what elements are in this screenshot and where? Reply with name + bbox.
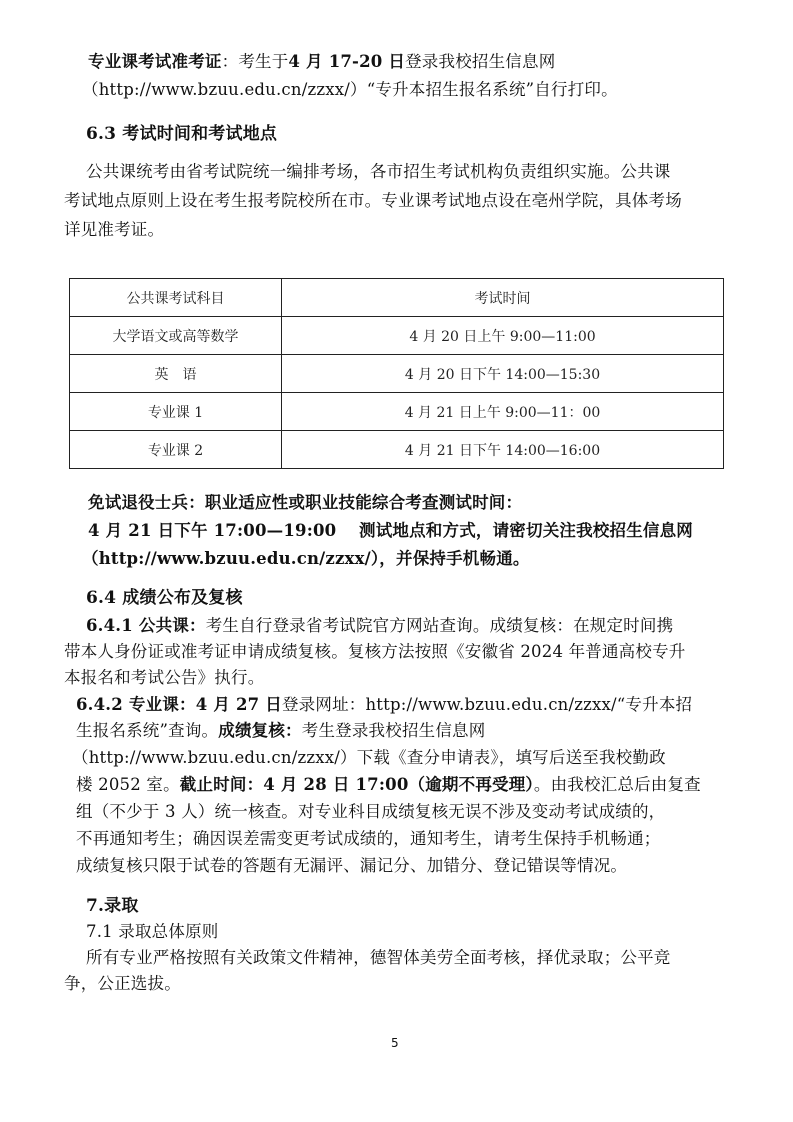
date-range: 4 月 17-20 日 bbox=[288, 52, 405, 71]
table-cell: 4 月 21 日下午 14:00—16:00 bbox=[282, 431, 724, 469]
veterans-line-2: 4 月 21 日下午 17:00—19:00 测试地点和方式，请密切关注我校招生… bbox=[88, 519, 693, 543]
table-row: 英 语 4 月 20 日下午 14:00—15:30 bbox=[70, 355, 724, 393]
section-7-heading: 7.录取 bbox=[86, 894, 139, 918]
table-cell: 专业课 2 bbox=[70, 431, 282, 469]
paragraph-line: 详见准考证。 bbox=[64, 218, 164, 242]
paragraph-line: 带本人身份证或准考证申请成绩复核。复核方法按照《安徽省 2024 年普通高校专升 bbox=[64, 640, 685, 664]
admission-ticket-label: 专业课考试准考证 bbox=[88, 52, 222, 71]
colon: ： bbox=[222, 52, 239, 71]
table-cell: 4 月 20 日下午 14:00—15:30 bbox=[282, 355, 724, 393]
paragraph-line: 争，公正选拔。 bbox=[64, 972, 181, 996]
section-7-1-heading: 7.1 录取总体原则 bbox=[86, 920, 219, 944]
date: 4 月 27 日 bbox=[196, 695, 282, 714]
section-6-4-2-label: 6.4.2 专业课： bbox=[76, 695, 196, 714]
table-cell: 专业课 1 bbox=[70, 393, 282, 431]
exam-schedule-table: 公共课考试科目 考试时间 大学语文或高等数学 4 月 20 日上午 9:00—1… bbox=[69, 278, 724, 469]
admission-ticket-line-2: （http://www.bzuu.edu.cn/zzxx/）“专升本招生报名系统… bbox=[82, 78, 618, 102]
text: 考生于 bbox=[238, 52, 288, 71]
table-cell: 4 月 21 日上午 9:00—11：00 bbox=[282, 393, 724, 431]
text: 考生登录我校招生信息网 bbox=[302, 721, 486, 740]
paragraph-line: 本报名和考试公告》执行。 bbox=[64, 666, 264, 690]
paragraph-line: 公共课统考由省考试院统一编排考场，各市招生考试机构负责组织实施。公共课 bbox=[86, 160, 671, 184]
section-6-4-2-line-2: 生报名系统”查询。成绩复核：考生登录我校招生信息网 bbox=[76, 719, 485, 743]
section-6-3-heading: 6.3 考试时间和考试地点 bbox=[86, 122, 277, 146]
document-page: 专业课考试准考证：考生于4 月 17-20 日登录我校招生信息网 （http:/… bbox=[0, 0, 793, 1122]
table-cell: 英 语 bbox=[70, 355, 282, 393]
admission-ticket-line-1: 专业课考试准考证：考生于4 月 17-20 日登录我校招生信息网 bbox=[88, 50, 555, 74]
veterans-line-3: （http://www.bzuu.edu.cn/zzxx/），并保持手机畅通。 bbox=[82, 547, 530, 571]
text: 登录网址：http://www.bzuu.edu.cn/zzxx/“专升本招 bbox=[282, 695, 692, 714]
paragraph-line: （http://www.bzuu.edu.cn/zzxx/）下载《查分申请表》，… bbox=[72, 746, 666, 770]
table-cell: 4 月 20 日上午 9:00—11:00 bbox=[282, 317, 724, 355]
table-row: 专业课 1 4 月 21 日上午 9:00—11：00 bbox=[70, 393, 724, 431]
table-row: 大学语文或高等数学 4 月 20 日上午 9:00—11:00 bbox=[70, 317, 724, 355]
section-6-4-2-line-4: 楼 2052 室。截止时间：4 月 28 日 17:00（逾期不再受理）。由我校… bbox=[76, 773, 701, 797]
table-row: 专业课 2 4 月 21 日下午 14:00—16:00 bbox=[70, 431, 724, 469]
text: 考生自行登录省考试院官方网站查询。成绩复核：在规定时间携 bbox=[206, 616, 674, 635]
page-number: 5 bbox=[391, 1036, 399, 1050]
text: 楼 2052 室。 bbox=[76, 775, 180, 794]
paragraph-line: 考试地点原则上设在考生报考院校所在市。专业课考试地点设在亳州学院，具体考场 bbox=[64, 189, 682, 213]
text: 生报名系统”查询。 bbox=[76, 721, 218, 740]
section-6-4-1-label: 6.4.1 公共课： bbox=[86, 616, 206, 635]
table-cell: 大学语文或高等数学 bbox=[70, 317, 282, 355]
paragraph-line: 所有专业严格按照有关政策文件精神，德智体美劳全面考核，择优录取；公平竞 bbox=[86, 946, 671, 970]
text: 登录我校招生信息网 bbox=[405, 52, 555, 71]
paragraph-line: 成绩复核只限于试卷的答题有无漏评、漏记分、加错分、登记错误等情况。 bbox=[76, 854, 627, 878]
text: 。由我校汇总后由复查 bbox=[534, 775, 701, 794]
veterans-line-1: 免试退役士兵：职业适应性或职业技能综合考查测试时间： bbox=[88, 491, 522, 515]
table-header: 公共课考试科目 bbox=[70, 279, 282, 317]
paragraph-line: 不再通知考生；确因误差需变更考试成绩的，通知考生，请考生保持手机畅通； bbox=[76, 827, 661, 851]
deadline-label: 截止时间：4 月 28 日 17:00（逾期不再受理） bbox=[180, 775, 534, 794]
section-6-4-1-line-1: 6.4.1 公共课：考生自行登录省考试院官方网站查询。成绩复核：在规定时间携 bbox=[86, 614, 673, 638]
table-header-row: 公共课考试科目 考试时间 bbox=[70, 279, 724, 317]
section-6-4-heading: 6.4 成绩公布及复核 bbox=[86, 586, 243, 610]
section-6-4-2-line-1: 6.4.2 专业课：4 月 27 日登录网址：http://www.bzuu.e… bbox=[76, 693, 692, 717]
table-header: 考试时间 bbox=[282, 279, 724, 317]
paragraph-line: 组（不少于 3 人）统一核查。对专业科目成绩复核无误不涉及变动考试成绩的， bbox=[76, 800, 665, 824]
score-review-label: 成绩复核： bbox=[218, 721, 302, 740]
